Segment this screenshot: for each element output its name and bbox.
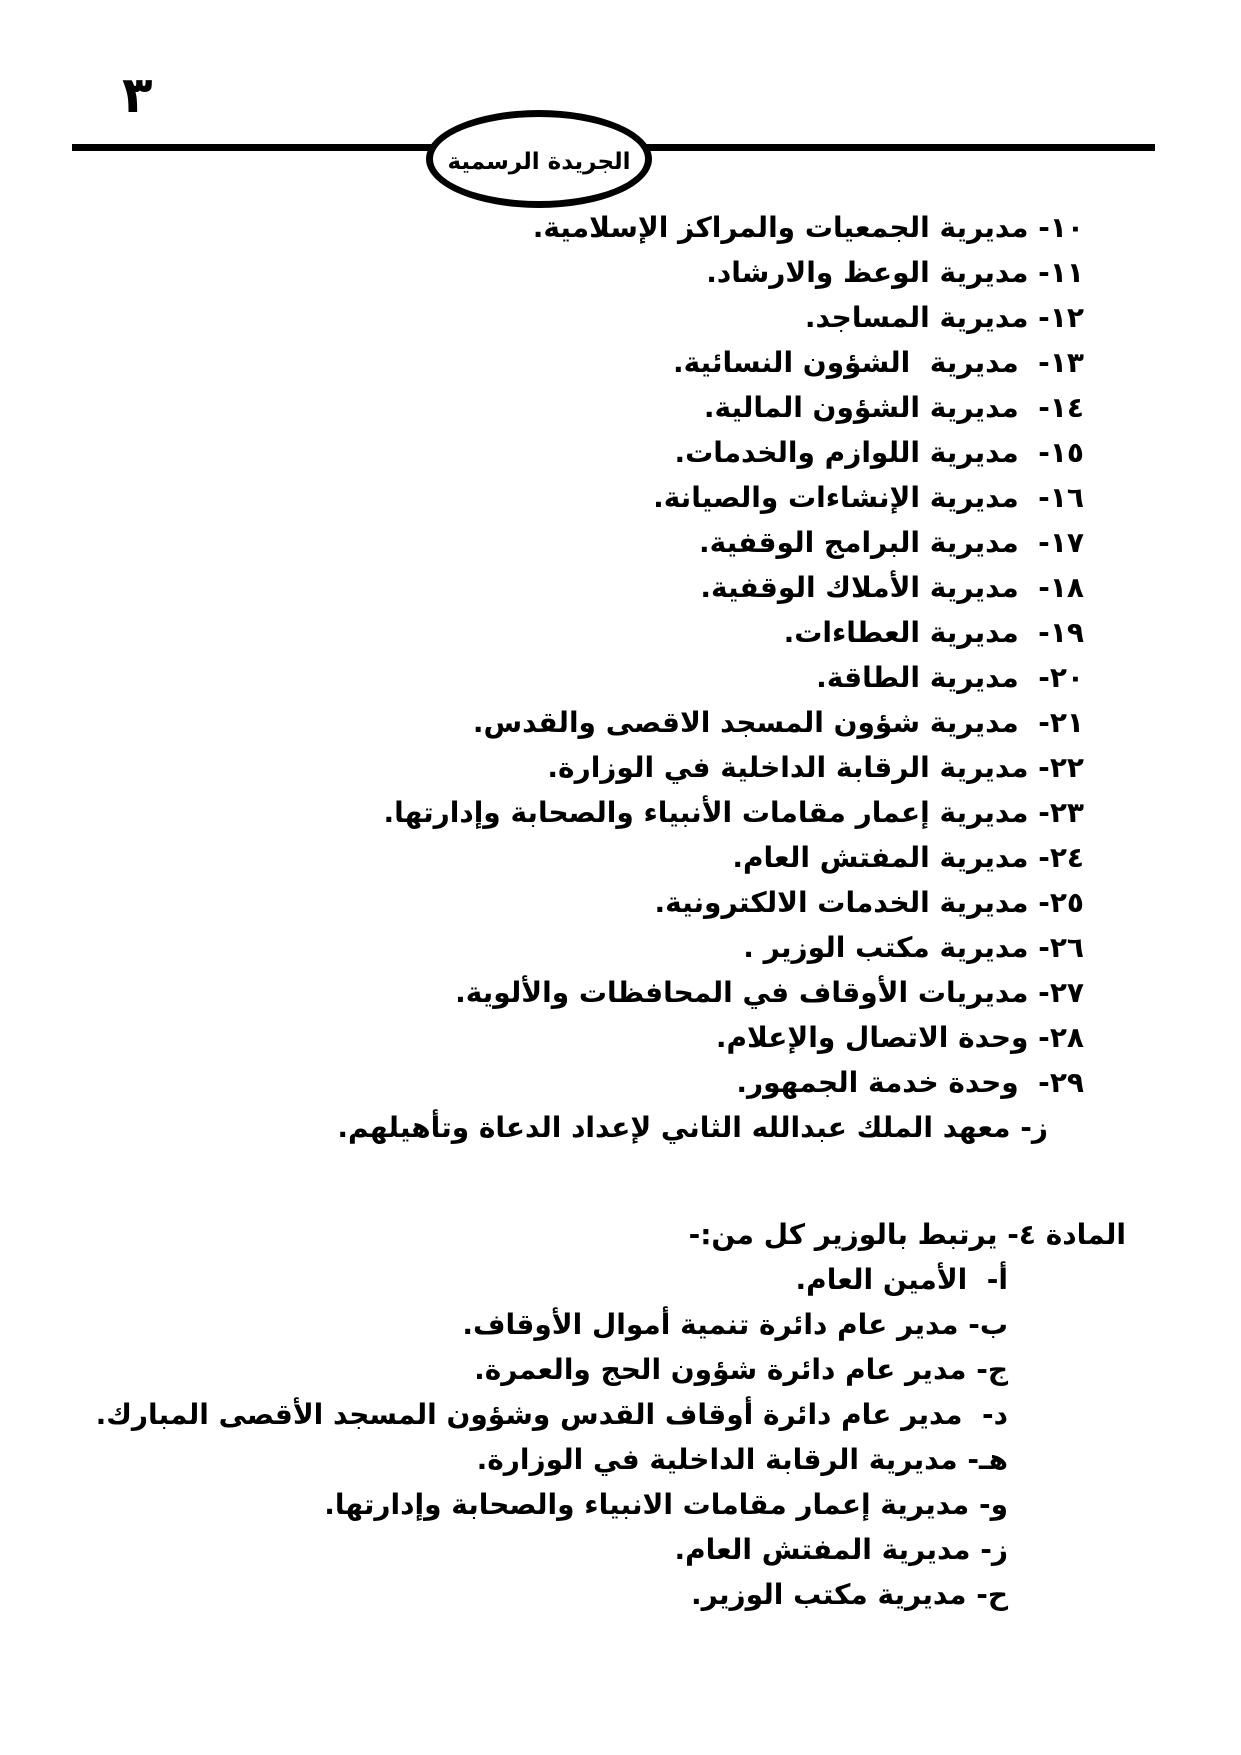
- article4-item: أ- الأمين العام.: [60, 1257, 1126, 1302]
- article4-item: ج- مدير عام دائرة شؤون الحج والعمرة.: [60, 1347, 1126, 1392]
- article4-item: هـ- مديرية الرقابة الداخلية في الوزارة.: [60, 1437, 1126, 1482]
- article4-heading: المادة ٤- يرتبط بالوزير كل من:-: [60, 1212, 1126, 1257]
- directorate-item: ٢٣- مديرية إعمار مقامات الأنبياء والصحاب…: [60, 790, 1126, 835]
- directorate-item: ٢٠- مديرية الطاقة.: [60, 655, 1126, 700]
- institute-line: ز- معهد الملك عبدالله الثاني لإعداد الدع…: [60, 1105, 1126, 1150]
- directorate-item: ١٥- مديرية اللوازم والخدمات.: [60, 430, 1126, 475]
- directorate-item: ١٠- مديرية الجمعيات والمراكز الإسلامية.: [60, 205, 1126, 250]
- article4-item: و- مديرية إعمار مقامات الانبياء والصحابة…: [60, 1482, 1126, 1527]
- article4-item: ب- مدير عام دائرة تنمية أموال الأوقاف.: [60, 1302, 1126, 1347]
- directorate-item: ١٢- مديرية المساجد.: [60, 295, 1126, 340]
- directorate-item: ٢١- مديرية شؤون المسجد الاقصى والقدس.: [60, 700, 1126, 745]
- directorate-item: ٢٨- وحدة الاتصال والإعلام.: [60, 1015, 1126, 1060]
- gazette-title: الجريدة الرسمية: [447, 143, 630, 175]
- directorate-item: ٢٢- مديرية الرقابة الداخلية في الوزارة.: [60, 745, 1126, 790]
- directorate-item: ١٧- مديرية البرامج الوقفية.: [60, 520, 1126, 565]
- directorate-item: ١٨- مديرية الأملاك الوقفية.: [60, 565, 1126, 610]
- directorate-item: ٢٤- مديرية المفتش العام.: [60, 835, 1126, 880]
- gazette-page: ٣ الجريدة الرسمية ١٠- مديرية الجمعيات وا…: [0, 0, 1241, 1755]
- directorate-item: ١١- مديرية الوعظ والارشاد.: [60, 250, 1126, 295]
- article4-item: ح- مديرية مكتب الوزير.: [60, 1572, 1126, 1617]
- directorate-item: ١٦- مديرية الإنشاءات والصيانة.: [60, 475, 1126, 520]
- directorate-item: ٢٥- مديرية الخدمات الالكترونية.: [60, 880, 1126, 925]
- directorate-item: ٢٩- وحدة خدمة الجمهور.: [60, 1060, 1126, 1105]
- page-number: ٣: [122, 70, 153, 120]
- page-content: ١٠- مديرية الجمعيات والمراكز الإسلامية. …: [60, 205, 1126, 1617]
- directorate-item: ٢٧- مديريات الأوقاف في المحافظات والألوي…: [60, 970, 1126, 1015]
- article4-item: ز- مديرية المفتش العام.: [60, 1527, 1126, 1572]
- gazette-title-oval: الجريدة الرسمية: [426, 110, 652, 208]
- article4-item: د- مدير عام دائرة أوقاف القدس وشؤون المس…: [60, 1392, 1126, 1437]
- directorate-item: ١٤- مديرية الشؤون المالية.: [60, 385, 1126, 430]
- directorate-item: ٢٦- مديرية مكتب الوزير .: [60, 925, 1126, 970]
- directorate-item: ١٣- مديرية الشؤون النسائية.: [60, 340, 1126, 385]
- directorate-item: ١٩- مديرية العطاءات.: [60, 610, 1126, 655]
